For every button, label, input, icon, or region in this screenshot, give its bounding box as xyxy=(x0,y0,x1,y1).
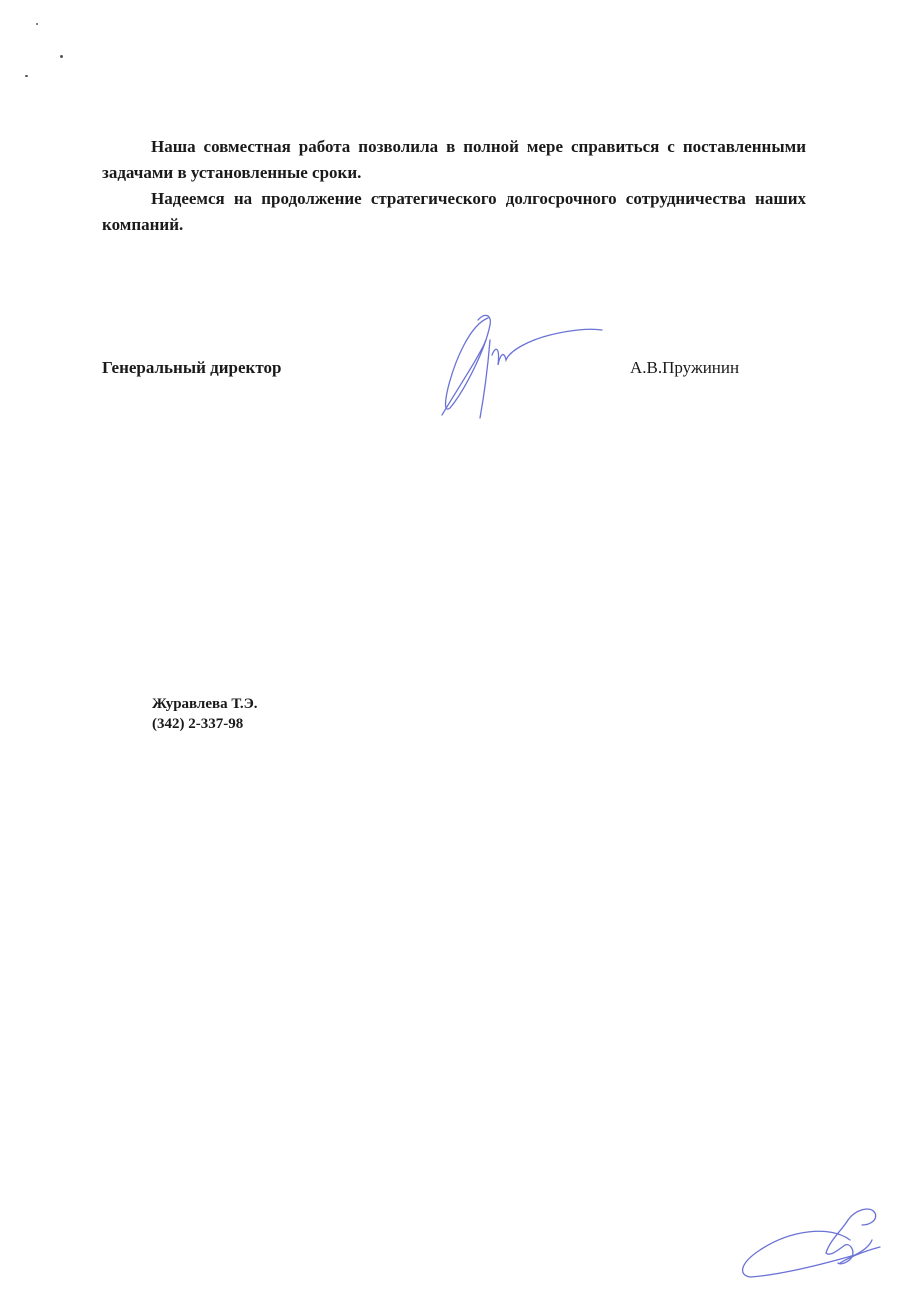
paragraph-2: Надеемся на продолжение стратегического … xyxy=(102,186,806,238)
initials-signature xyxy=(730,1195,890,1290)
paragraph-2-text: Надеемся на продолжение стратегического … xyxy=(102,189,806,234)
scan-speck xyxy=(60,55,63,58)
contact-phone: (342) 2-337-98 xyxy=(152,714,258,734)
contact-block: Журавлева Т.Э. (342) 2-337-98 xyxy=(152,694,258,734)
director-signature xyxy=(430,310,610,425)
signatory-title: Генеральный директор xyxy=(102,357,281,379)
signatory-name: А.В.Пружинин xyxy=(630,357,739,379)
paragraph-1-text: Наша совместная работа позволила в полно… xyxy=(102,137,806,182)
scan-speck xyxy=(25,75,28,77)
contact-name: Журавлева Т.Э. xyxy=(152,694,258,714)
paragraph-1: Наша совместная работа позволила в полно… xyxy=(102,134,806,186)
scan-speck xyxy=(36,23,38,25)
